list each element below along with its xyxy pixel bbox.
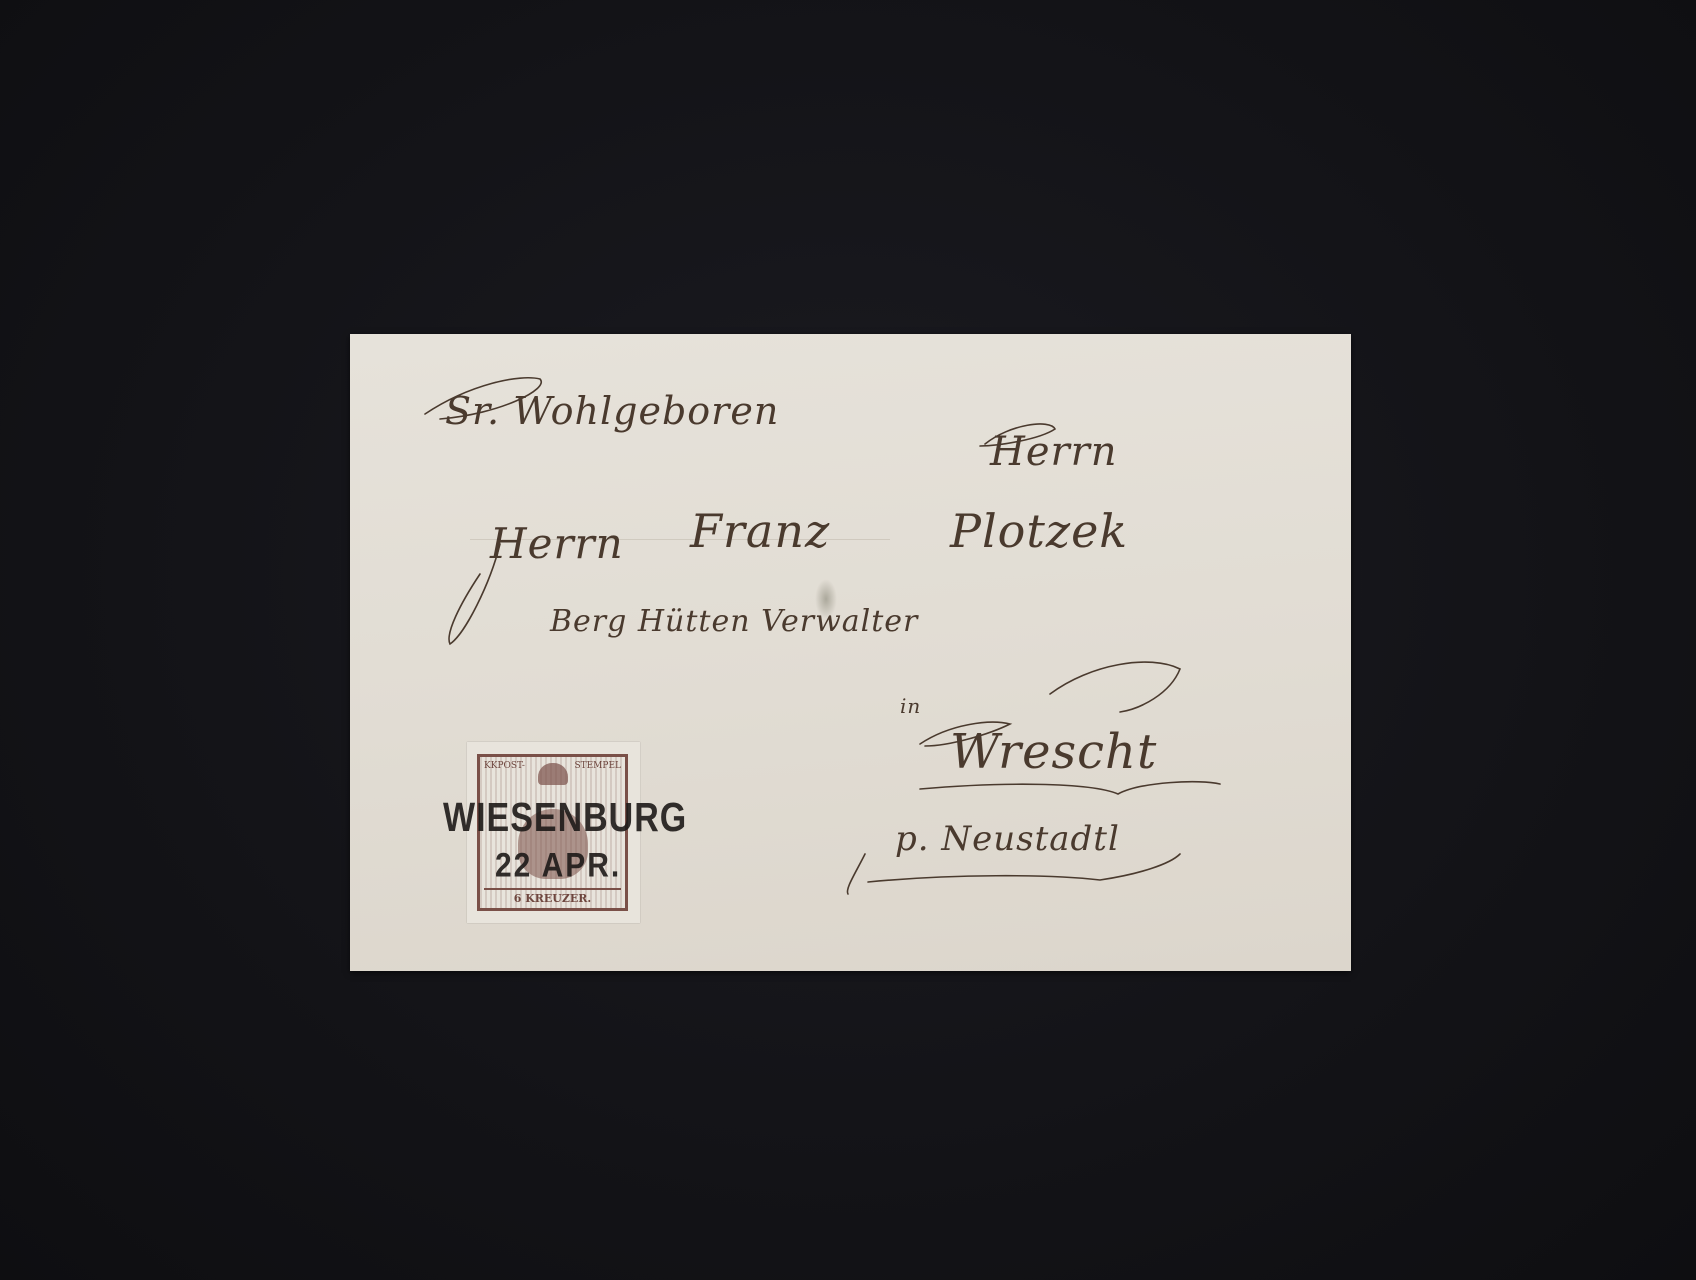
title-right: Herrn xyxy=(990,429,1118,475)
occupation: Berg Hütten Verwalter xyxy=(550,604,918,639)
stamp-top-left-text: KKPOST- xyxy=(484,761,525,771)
place: Wrescht xyxy=(950,724,1157,780)
stamp-top-right-text: STEMPEL xyxy=(574,761,621,771)
preposition: in xyxy=(900,694,921,718)
via: p. Neustadtl xyxy=(895,819,1120,859)
first-name: Franz xyxy=(690,504,830,558)
stamp-value: 6 KREUZER. xyxy=(484,888,621,905)
postmark-town: WIESENBURG xyxy=(443,795,687,842)
title: Herrn xyxy=(490,519,624,568)
postmark-date: 22 APR. xyxy=(495,846,621,885)
salutation: Sr. Wohlgeboren xyxy=(445,389,779,433)
envelope: Sr. Wohlgeboren Herrn Herrn Franz Plotze… xyxy=(350,334,1351,971)
crown-icon xyxy=(538,763,568,785)
last-name: Plotzek xyxy=(950,504,1128,558)
